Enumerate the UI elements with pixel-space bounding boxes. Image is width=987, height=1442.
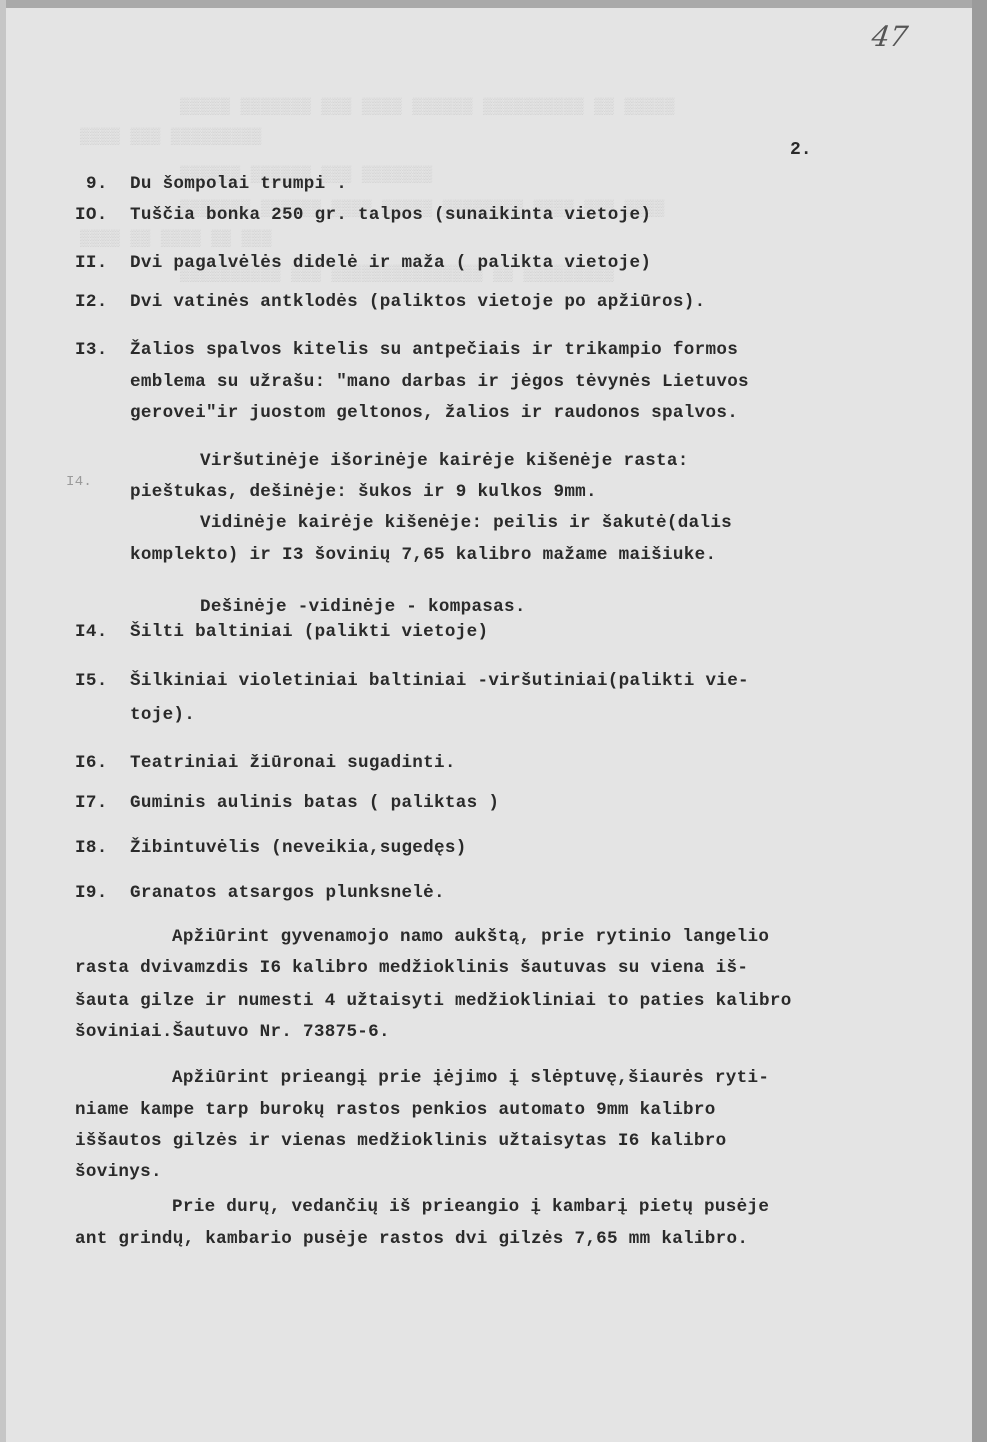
bleed-through-text: ▒▒▒▒ ▒▒▒ ▒▒▒▒▒▒▒▒▒ [80, 128, 262, 146]
item-number: I6. [75, 753, 108, 773]
item-number: I8. [75, 838, 108, 858]
paragraph-line: niame kampe tarp burokų rastos penkios a… [75, 1100, 716, 1120]
item-text: Šilkiniai violetiniai baltiniai -viršuti… [130, 671, 749, 691]
item-text: Du šompolai trumpi . [130, 174, 347, 194]
page-number: 2. [790, 140, 812, 160]
margin-number-faint: I4. [66, 474, 92, 490]
pocket-paragraph-line: Viršutinėje išorinėje kairėje kišenėje r… [200, 451, 689, 471]
item-number: I4. [75, 622, 108, 642]
item-text: Šilti baltiniai (palikti vietoje) [130, 622, 488, 642]
item-number: 9. [86, 174, 108, 194]
paragraph-line: šovinys. [75, 1162, 162, 1182]
item-text: Tuščia bonka 250 gr. talpos (sunaikinta … [130, 205, 651, 225]
item-number: II. [75, 253, 108, 273]
item-text: Granatos atsargos plunksnelė. [130, 883, 445, 903]
scan-right-edge [972, 0, 987, 1442]
paragraph-line: šauta gilze ir numesti 4 užtaisyti medži… [75, 991, 792, 1011]
item-number: I5. [75, 671, 108, 691]
item-continuation: toje). [130, 705, 195, 725]
pocket-paragraph-line: pieštukas, dešinėje: šukos ir 9 kulkos 9… [130, 482, 597, 502]
paragraph-line: šoviniai.Šautuvo Nr. 73875-6. [75, 1022, 390, 1042]
paragraph-line: Apžiūrint prieangį prie įėjimo į slėptuv… [172, 1068, 769, 1088]
bleed-through-text: ▒▒▒▒ ▒▒ ▒▒▒▒ ▒▒ ▒▒▒ [80, 230, 272, 248]
item-number: I2. [75, 292, 108, 312]
paragraph-line: iššautos gilzės ir vienas medžioklinis u… [75, 1131, 726, 1151]
item-number: I3. [75, 340, 108, 360]
item-number: IO. [75, 205, 108, 225]
item-text: Teatriniai žiūronai sugadinti. [130, 753, 456, 773]
bleed-through-text: ▒▒▒▒▒ ▒▒▒▒▒▒▒ ▒▒▒ ▒▒▒▒ ▒▒▒▒▒▒ ▒▒▒▒▒▒▒▒▒▒… [180, 98, 675, 116]
paragraph-line: Prie durų, vedančių iš prieangio į kamba… [172, 1197, 769, 1217]
paragraph-line: ant grindų, kambario pusėje rastos dvi g… [75, 1229, 748, 1249]
paragraph-line: rasta dvivamzdis I6 kalibro medžioklinis… [75, 958, 748, 978]
item-text: Žalios spalvos kitelis su antpečiais ir … [130, 340, 738, 360]
item-continuation: gerovei"ir juostom geltonos, žalios ir r… [130, 403, 738, 423]
scan-top-edge [0, 0, 987, 8]
item-number: I7. [75, 793, 108, 813]
item-text: Dvi pagalvėlės didelė ir maža ( palikta … [130, 253, 651, 273]
paragraph-line: Apžiūrint gyvenamojo namo aukštą, prie r… [172, 927, 769, 947]
item-number: I9. [75, 883, 108, 903]
item-continuation: emblema su užrašu: "mano darbas ir jėgos… [130, 372, 749, 392]
handwritten-folio-number: 47 [870, 20, 910, 53]
pocket-paragraph-line: komplekto) ir I3 šovinių 7,65 kalibro ma… [130, 545, 716, 565]
item-text: Žibintuvėlis (neveikia,sugedęs) [130, 838, 467, 858]
pocket-paragraph-line: Dešinėje -vidinėje - kompasas. [200, 597, 526, 617]
item-text: Guminis aulinis batas ( paliktas ) [130, 793, 499, 813]
pocket-paragraph-line: Vidinėje kairėje kišenėje: peilis ir šak… [200, 513, 732, 533]
item-text: Dvi vatinės antklodės (paliktos vietoje … [130, 292, 705, 312]
